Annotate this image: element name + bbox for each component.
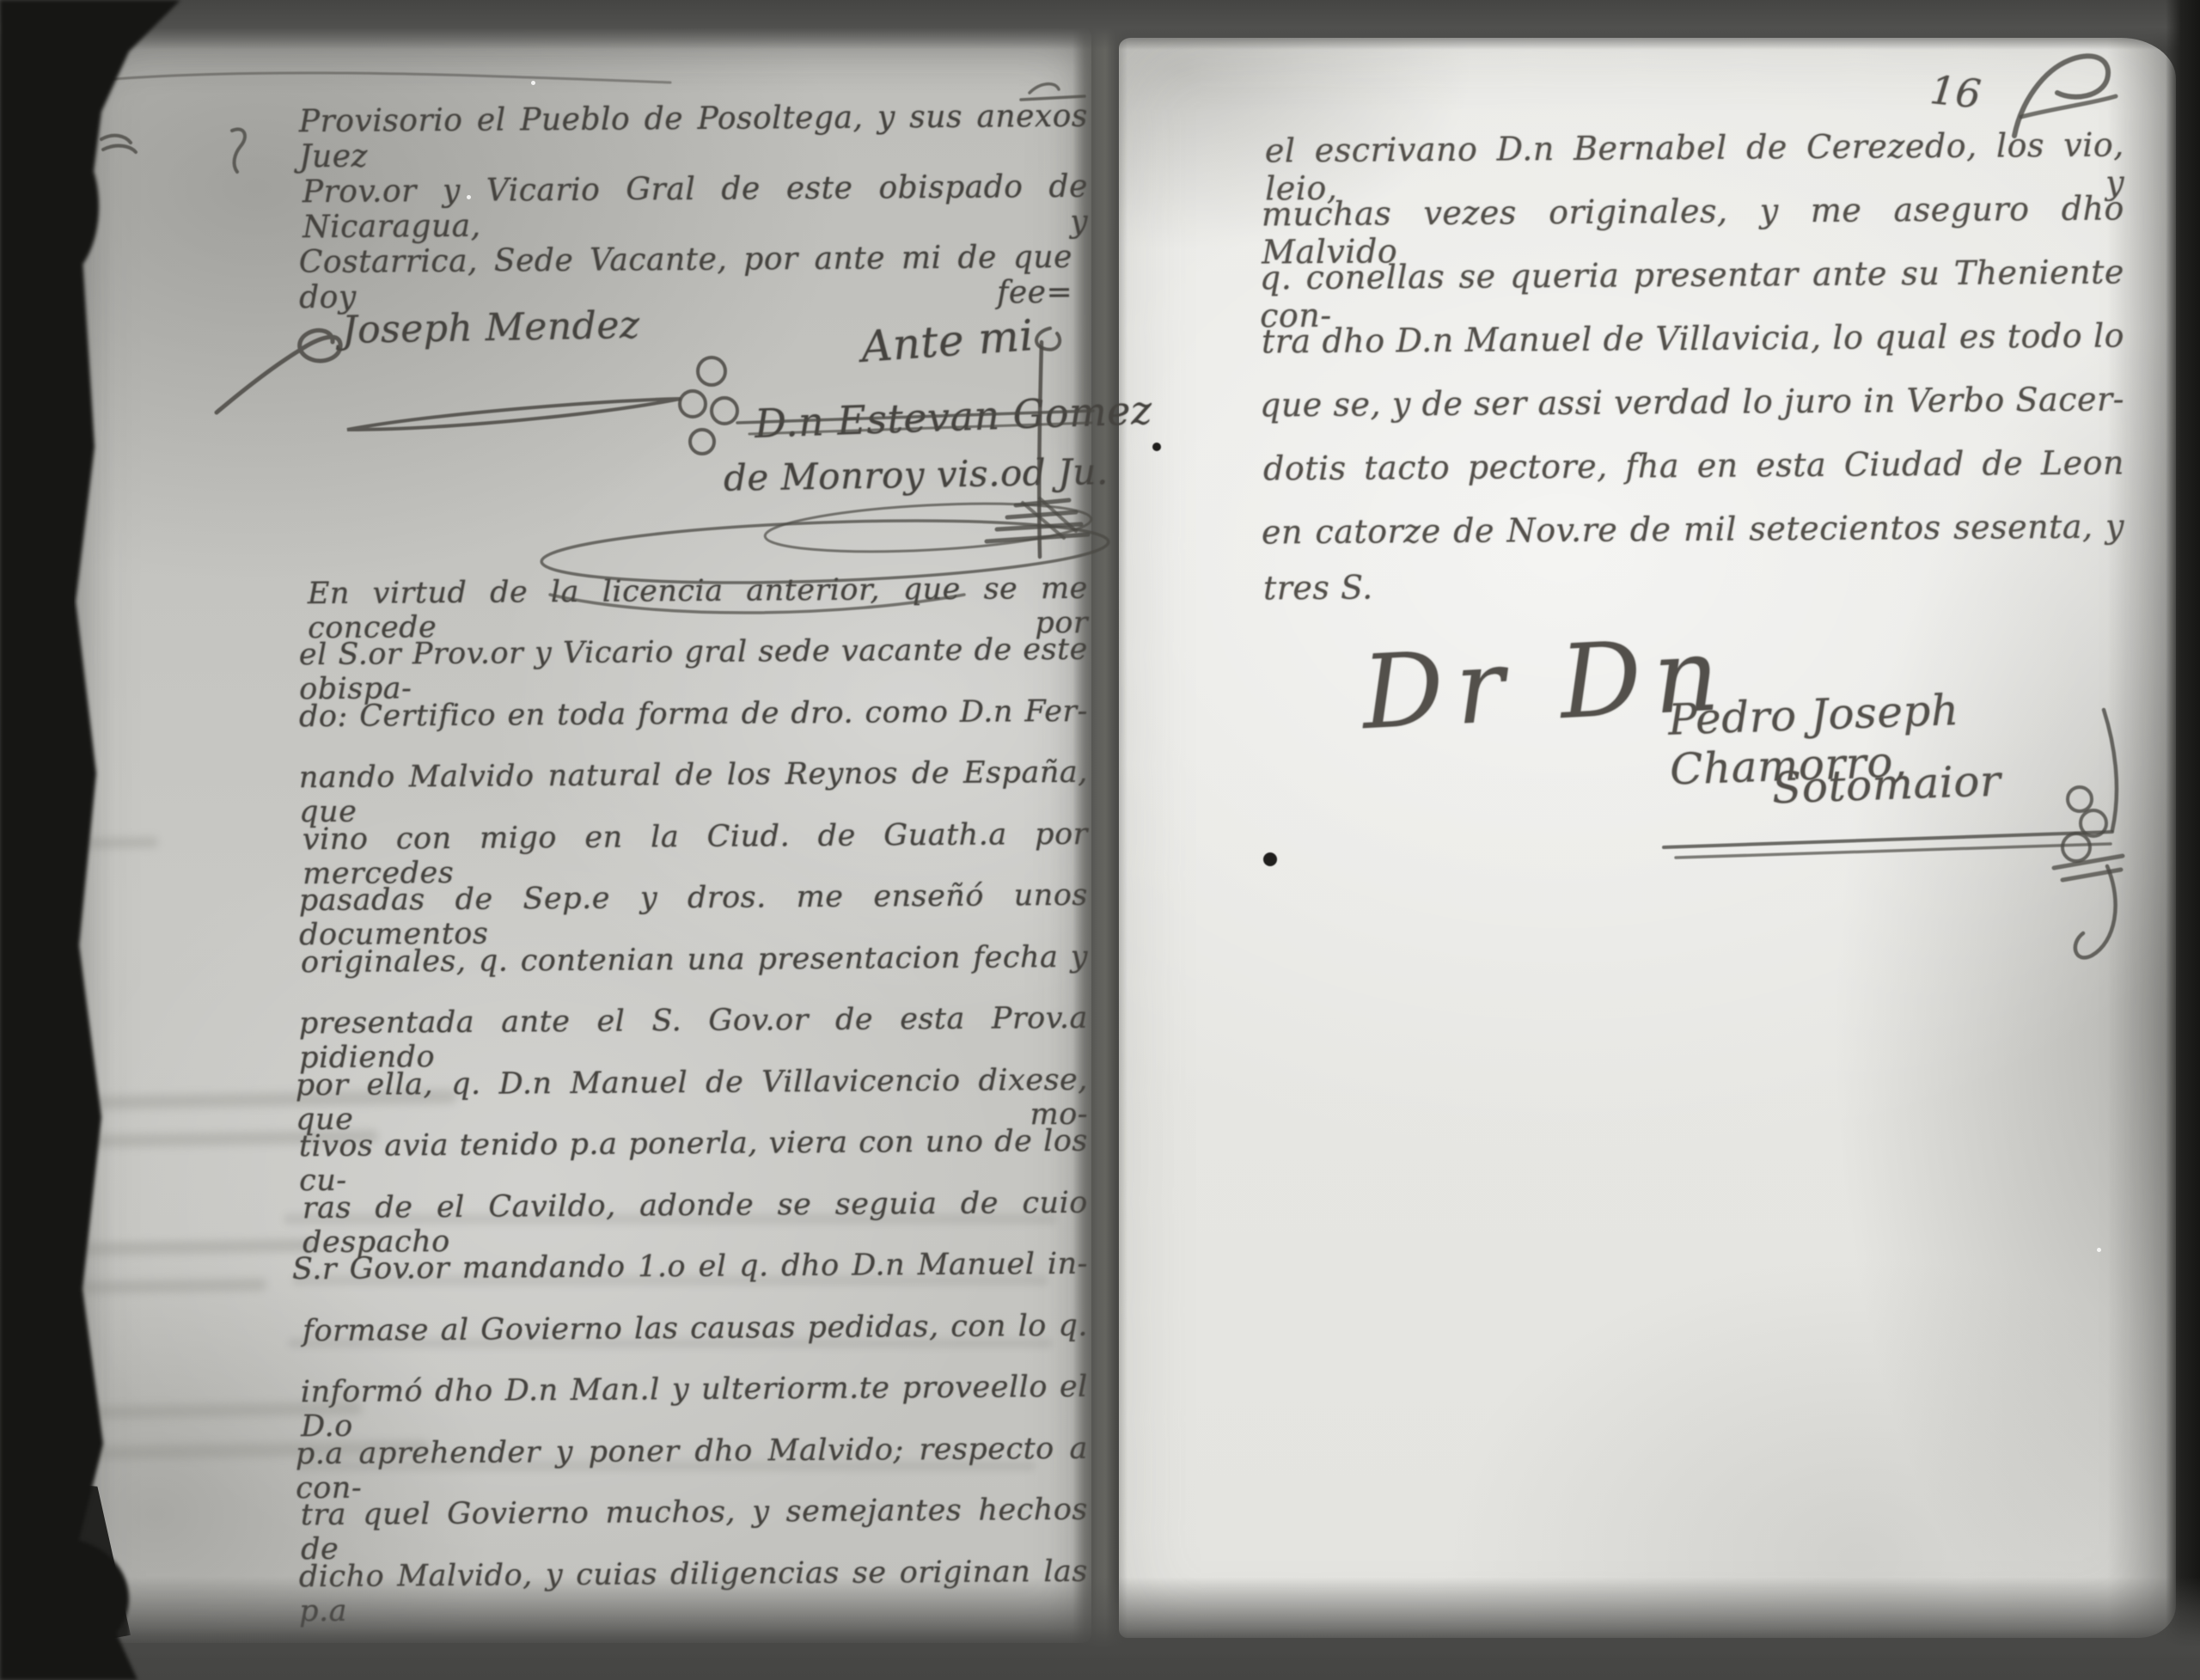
- scan-bottom-border: [0, 1628, 2200, 1680]
- scan-left-border-tatter: [0, 0, 223, 1680]
- manuscript-scan: Provisorio el Pueblo de Posoltega, y sus…: [0, 0, 2200, 1680]
- scan-top-border: [0, 0, 2200, 50]
- chamorro-rubrica-flourish: [0, 0, 2200, 1680]
- scan-right-border: [2166, 0, 2200, 1680]
